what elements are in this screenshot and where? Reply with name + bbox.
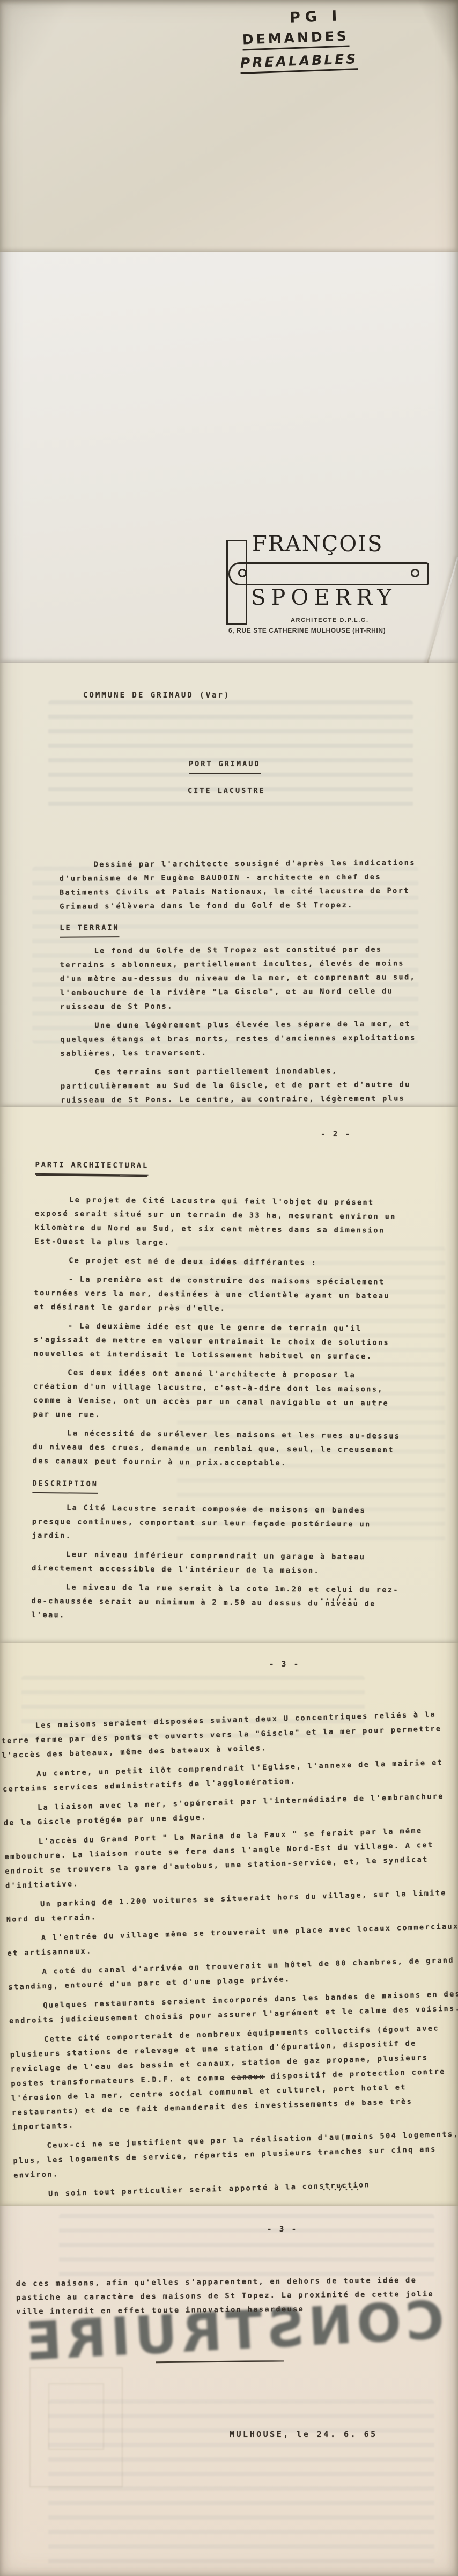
letterhead-first-name: FRANÇOIS — [252, 533, 383, 555]
paragraph: - La deuxième idée est que le genre de t… — [34, 1319, 404, 1364]
paragraph: Ces terrains sont partiellement inondabl… — [61, 1063, 419, 1107]
struck-word: canaux — [231, 2072, 265, 2082]
page2-body: PARTI ARCHITECTURAL Le projet de Cité La… — [31, 1158, 422, 1630]
letterhead-profession: ARCHITECTE D.P.L.G. — [291, 617, 369, 623]
page-typed-1: COMMUNE DE GRIMAUD (Var) PORT GRIMAUD CI… — [0, 663, 458, 1107]
paragraph: Ces deux idées ont amené l'architecte à … — [33, 1366, 404, 1425]
paragraph-with-strikethrough: Cette cité comporterait de nombreux équi… — [10, 2021, 458, 2135]
bleed-through-text — [59, 2214, 434, 2278]
paragraph: Une dune légèrement plus élevée les sépa… — [60, 1017, 418, 1060]
paragraph: L'accès du Grand Port " La Marina de la … — [4, 1823, 458, 1894]
page-typed-3: - 3 - Les maisons seraient disposées sui… — [0, 1643, 458, 2206]
project-subtitle: CITE LACUSTRE — [188, 784, 265, 798]
ruler-logo-icon — [228, 562, 429, 585]
scanned-document: PG I DEMANDES PREALABLES FRANÇOIS SPOERR… — [0, 0, 458, 2576]
paragraph: Leur niveau inférieur comprendrait un ga… — [32, 1547, 402, 1579]
page-number: - 3 - — [269, 1657, 300, 1671]
page3-body: Les maisons seraient disposées suivant d… — [1, 1707, 458, 2206]
rivet-icon — [411, 569, 419, 577]
letterhead-last-name: SPOERRY — [251, 587, 397, 608]
terrain-heading: LE TERRAIN — [60, 919, 418, 937]
bleed-through-drawing — [29, 2367, 123, 2487]
paragraph: Le projet de Cité Lacustre qui fait l'ob… — [34, 1193, 405, 1252]
page-typed-4: CONSTRUIRE - 3 - de ces maisons, afin qu… — [0, 2206, 458, 2576]
page-typed-2: - 2 - PARTI ARCHITECTURAL Le projet de C… — [0, 1107, 458, 1643]
paper-shading — [0, 0, 458, 252]
letterhead-address: 6, RUE STE CATHERINE MULHOUSE (HT-RHIN) — [228, 627, 386, 634]
paragraph: Dessiné par l'architecte sousigné d'aprè… — [60, 856, 418, 913]
handwritten-title-line1: DEMANDES — [242, 28, 349, 51]
paragraph: Les maisons seraient disposées suivant d… — [1, 1707, 455, 1763]
handwritten-title-line2: PREALABLES — [240, 51, 358, 74]
paragraph: Le fond du Golfe de St Tropez est consti… — [60, 942, 419, 1014]
continuation-mark: .../... — [320, 1591, 359, 1605]
paragraph: Ce projet est né de deux idées différant… — [34, 1253, 404, 1271]
description-heading: DESCRIPTION — [32, 1477, 402, 1496]
paragraph-segment: Cette cité comporterait de nombreux équi… — [10, 2024, 439, 2088]
commune-header: COMMUNE DE GRIMAUD (Var) — [83, 688, 230, 702]
paragraph: de ces maisons, afin qu'elles s'apparent… — [16, 2273, 440, 2319]
closing-rule — [156, 2360, 284, 2364]
project-title: PORT GRIMAUD — [189, 757, 261, 774]
paragraph: La nécessité de surélever les maisons et… — [33, 1426, 403, 1471]
continuation-mark: .../... — [322, 2181, 361, 2195]
page-number: - 2 - — [321, 1127, 351, 1141]
bleed-through-text — [48, 2399, 434, 2566]
page-number: - 3 - — [267, 2222, 298, 2236]
page1-body: Dessiné par l'architecte sousigné d'aprè… — [60, 856, 419, 1107]
page-letterhead: FRANÇOIS SPOERRY ARCHITECTE D.P.L.G. 6, … — [0, 252, 458, 663]
page-cover: PG I DEMANDES PREALABLES — [0, 0, 458, 252]
parti-heading: PARTI ARCHITECTURAL — [35, 1158, 422, 1178]
paragraph: - La première est de construire des mais… — [34, 1272, 404, 1317]
handwritten-code: PG I — [289, 8, 342, 26]
paragraph: Ceux-ci ne se justifient que par la réal… — [12, 2127, 458, 2183]
bleed-through-drawing — [48, 2383, 104, 2450]
place-date-signoff: MULHOUSE, le 24. 6. 65 — [230, 2427, 378, 2441]
rivet-icon — [238, 569, 247, 577]
paragraph: La Cité Lacustre serait composée de mais… — [32, 1501, 403, 1546]
architect-letterhead: FRANÇOIS SPOERRY ARCHITECTE D.P.L.G. 6, … — [226, 535, 441, 663]
page4-body: de ces maisons, afin qu'elles s'apparent… — [16, 2273, 440, 2324]
